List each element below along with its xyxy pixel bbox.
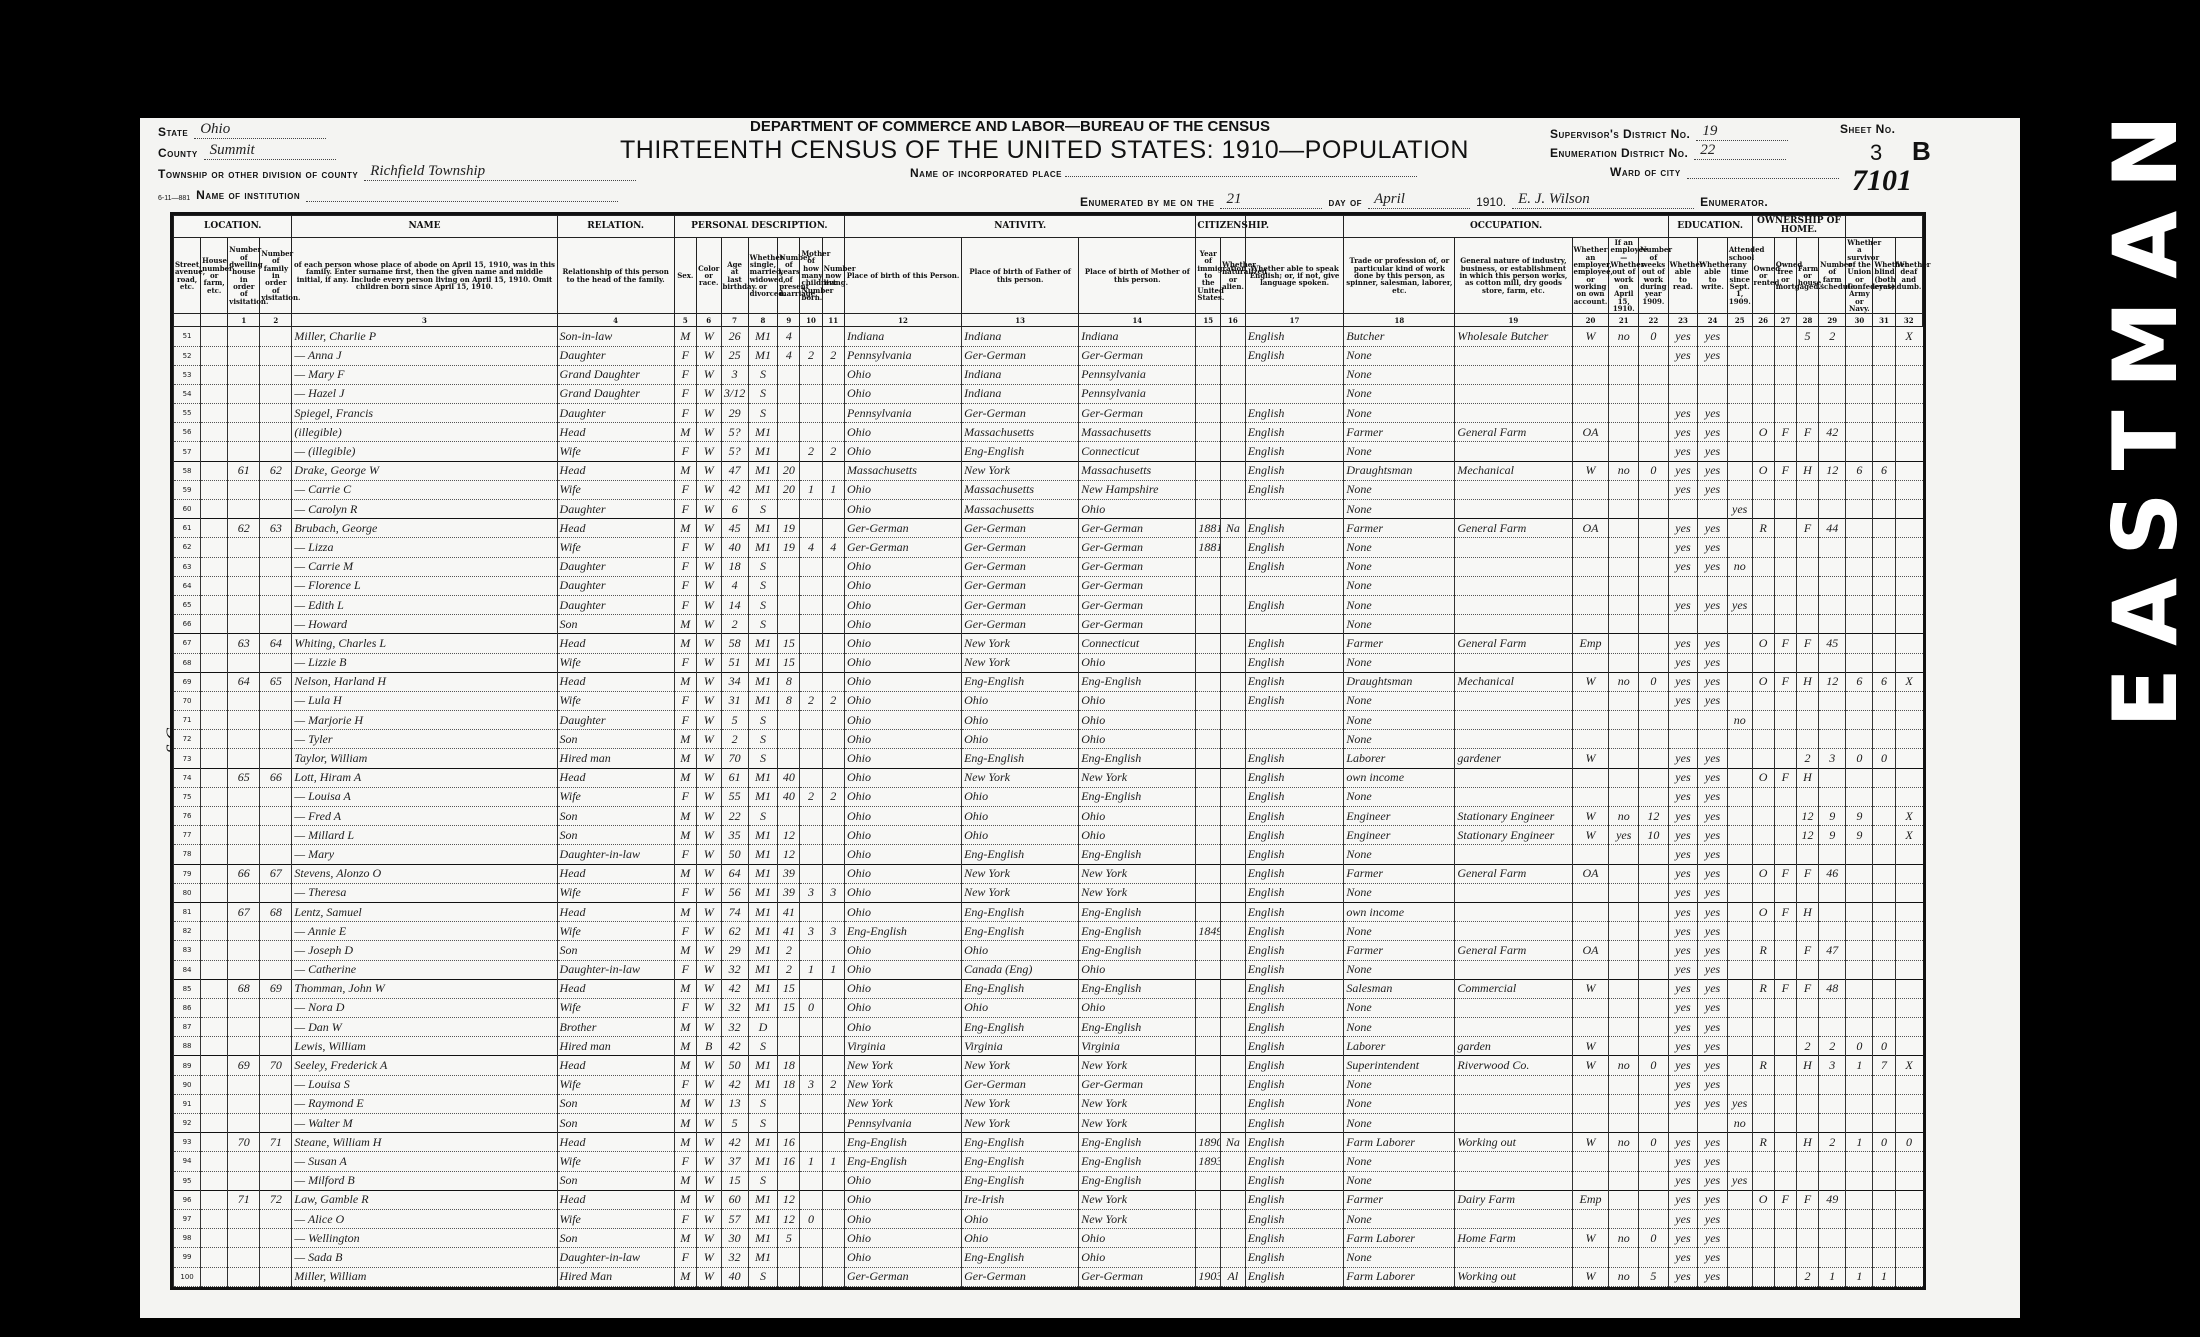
- cell-blind: [1873, 1171, 1895, 1190]
- cell-race: W: [696, 500, 721, 519]
- cell-lang: English: [1245, 519, 1344, 538]
- cell-yrs: 40: [778, 787, 800, 806]
- cell-own: O: [1752, 423, 1774, 442]
- cell-write: yes: [1698, 1075, 1728, 1094]
- cell-deaf: [1895, 1152, 1922, 1171]
- cell-race: W: [696, 864, 721, 883]
- cell-surv: 9: [1846, 826, 1873, 845]
- cell-blind: [1873, 480, 1895, 499]
- cell-emp: W: [1572, 1037, 1609, 1056]
- cell-emp: [1572, 365, 1609, 384]
- cell-race: W: [696, 807, 721, 826]
- cell-deaf: X: [1895, 672, 1922, 691]
- cell-oow: [1609, 768, 1639, 787]
- cell-read: yes: [1668, 691, 1698, 710]
- cell-fh: [1796, 1229, 1818, 1248]
- group-occupation: OCCUPATION.: [1344, 216, 1668, 238]
- cell-age: 31: [721, 691, 748, 710]
- cell-name: Lewis, William: [292, 1037, 557, 1056]
- cell-own: [1752, 1018, 1774, 1037]
- cell-fam: [260, 691, 292, 710]
- cell-sex: F: [674, 845, 696, 864]
- cell-free: [1774, 941, 1796, 960]
- cell-occ: None: [1344, 653, 1455, 672]
- cell-empty: [201, 787, 228, 806]
- cell-mpob: Eng-English: [1079, 787, 1196, 806]
- cell-read: yes: [1668, 826, 1698, 845]
- column-header: Whether blind (both eyes).: [1873, 237, 1895, 313]
- cell-lang: [1245, 500, 1344, 519]
- cell-dw: 71: [228, 1190, 260, 1209]
- cell-dw: [228, 442, 260, 461]
- cell-read: yes: [1668, 960, 1698, 979]
- cell-age: 57: [721, 1209, 748, 1228]
- line-number: 98: [174, 1229, 201, 1248]
- cell-occ: None: [1344, 711, 1455, 730]
- cell-sched: [1819, 442, 1846, 461]
- cell-write: yes: [1698, 1094, 1728, 1113]
- line-number: 96: [174, 1190, 201, 1209]
- cell-race: W: [696, 883, 721, 902]
- cell-blind: [1873, 711, 1895, 730]
- cell-pob: Ohio: [844, 615, 961, 634]
- cell-sex: F: [674, 922, 696, 941]
- cell-free: F: [1774, 672, 1796, 691]
- cell-surv: [1846, 480, 1873, 499]
- cell-pob: Ohio: [844, 480, 961, 499]
- cell-own: [1752, 807, 1774, 826]
- cell-dw: 63: [228, 634, 260, 653]
- cell-fh: [1796, 787, 1818, 806]
- cell-fh: [1796, 557, 1818, 576]
- cell-empty: [201, 1209, 228, 1228]
- cell-race: W: [696, 1190, 721, 1209]
- cell-wks: 5: [1639, 1267, 1669, 1286]
- cell-fam: [260, 576, 292, 595]
- cell-fam: [260, 557, 292, 576]
- cell-imm: [1196, 730, 1221, 749]
- cell-race: W: [696, 845, 721, 864]
- cell-read: yes: [1668, 442, 1698, 461]
- cell-name: — Marjorie H: [292, 711, 557, 730]
- line-number: 94: [174, 1152, 201, 1171]
- line-number: 89: [174, 1056, 201, 1075]
- cell-race: W: [696, 442, 721, 461]
- department-heading: DEPARTMENT OF COMMERCE AND LABOR—BUREAU …: [750, 118, 1270, 135]
- cell-blind: [1873, 327, 1895, 346]
- cell-fam: 68: [260, 902, 292, 921]
- cell-surv: [1846, 576, 1873, 595]
- cell-fh: [1796, 480, 1818, 499]
- cell-lang: [1245, 711, 1344, 730]
- cell-blind: [1873, 902, 1895, 921]
- cell-fpob: Indiana: [962, 327, 1079, 346]
- cell-nat: [1221, 327, 1246, 346]
- cell-pob: Massachusetts: [844, 461, 961, 480]
- cell-blind: 7: [1873, 1056, 1895, 1075]
- cell-age: 55: [721, 787, 748, 806]
- cell-lang: English: [1245, 691, 1344, 710]
- cell-ms: S: [748, 615, 778, 634]
- cell-free: F: [1774, 423, 1796, 442]
- cell-mpob: Ger-German: [1079, 1075, 1196, 1094]
- cell-fam: [260, 1152, 292, 1171]
- cell-empty: [201, 979, 228, 998]
- line-number: 58: [174, 461, 201, 480]
- cell-sex: M: [674, 864, 696, 883]
- cell-lang: [1245, 730, 1344, 749]
- cell-age: 29: [721, 404, 748, 423]
- cell-age: 6: [721, 500, 748, 519]
- cell-read: yes: [1668, 807, 1698, 826]
- cell-sex: F: [674, 500, 696, 519]
- line-number: 60: [174, 500, 201, 519]
- cell-blind: [1873, 346, 1895, 365]
- cell-ind: [1455, 1209, 1572, 1228]
- cell-write: [1698, 615, 1728, 634]
- line-number: 75: [174, 787, 201, 806]
- cell-wks: [1639, 1037, 1669, 1056]
- cell-pob: Ohio: [844, 672, 961, 691]
- cell-age: 50: [721, 845, 748, 864]
- cell-fpob: Indiana: [962, 384, 1079, 403]
- cell-fam: [260, 998, 292, 1017]
- cell-fpob: Ohio: [962, 941, 1079, 960]
- column-header: of each person whose place of abode on A…: [292, 237, 557, 313]
- cell-born: [800, 595, 822, 614]
- cell-write: yes: [1698, 423, 1728, 442]
- cell-wks: [1639, 864, 1669, 883]
- column-header: If an employee — Whether out of work on …: [1609, 237, 1639, 313]
- cell-blind: [1873, 442, 1895, 461]
- table-row: 63— Carrie MDaughterFW18SOhioGer-GermanG…: [174, 557, 1923, 576]
- cell-imm: [1196, 845, 1221, 864]
- cell-occ: None: [1344, 1094, 1455, 1113]
- cell-lang: English: [1245, 1152, 1344, 1171]
- cell-free: [1774, 404, 1796, 423]
- cell-fh: [1796, 1209, 1818, 1228]
- cell-surv: [1846, 1229, 1873, 1248]
- cell-lang: English: [1245, 826, 1344, 845]
- cell-born: 1: [800, 1152, 822, 1171]
- cell-nat: [1221, 615, 1246, 634]
- group-ownership: OWNERSHIP OF HOME.: [1752, 216, 1846, 238]
- cell-sched: 45: [1819, 634, 1846, 653]
- cell-ms: M1: [748, 691, 778, 710]
- column-header: Number of weeks out of work during year …: [1639, 237, 1669, 313]
- cell-rel: Head: [557, 634, 674, 653]
- cell-fh: H: [1796, 768, 1818, 787]
- cell-fpob: Ger-German: [962, 557, 1079, 576]
- cell-born: [800, 634, 822, 653]
- cell-empty: [201, 1133, 228, 1152]
- cell-rel: Son: [557, 1229, 674, 1248]
- cell-born: [800, 1056, 822, 1075]
- column-number: 13: [962, 314, 1079, 327]
- cell-ind: [1455, 768, 1572, 787]
- cell-lang: English: [1245, 845, 1344, 864]
- cell-dw: [228, 576, 260, 595]
- cell-sched: [1819, 902, 1846, 921]
- cell-blind: 1: [1873, 1267, 1895, 1286]
- table-row: 62— LizzaWifeFW40M11944Ger-GermanGer-Ger…: [174, 538, 1923, 557]
- cell-occ: None: [1344, 1152, 1455, 1171]
- cell-free: [1774, 557, 1796, 576]
- cell-nat: [1221, 365, 1246, 384]
- cell-sex: M: [674, 1267, 696, 1286]
- cell-sex: F: [674, 480, 696, 499]
- cell-living: [822, 807, 844, 826]
- cell-fh: F: [1796, 941, 1818, 960]
- cell-emp: [1572, 346, 1609, 365]
- cell-ind: [1455, 1114, 1572, 1133]
- cell-wks: [1639, 902, 1669, 921]
- cell-pob: New York: [844, 1075, 961, 1094]
- cell-ind: [1455, 845, 1572, 864]
- cell-oow: [1609, 346, 1639, 365]
- cell-ind: [1455, 1018, 1572, 1037]
- cell-sex: M: [674, 519, 696, 538]
- cell-sch: [1727, 845, 1752, 864]
- line-number: 100: [174, 1267, 201, 1286]
- cell-name: — Lizza: [292, 538, 557, 557]
- cell-fam: [260, 807, 292, 826]
- cell-sch: [1727, 1056, 1752, 1075]
- cell-yrs: 12: [778, 1209, 800, 1228]
- cell-wks: [1639, 1152, 1669, 1171]
- cell-mpob: New York: [1079, 1094, 1196, 1113]
- cell-ind: [1455, 1075, 1572, 1094]
- cell-mpob: New York: [1079, 1209, 1196, 1228]
- cell-free: [1774, 1267, 1796, 1286]
- cell-surv: [1846, 595, 1873, 614]
- table-row: 967172Law, Gamble RHeadMW60M112OhioIre-I…: [174, 1190, 1923, 1209]
- cell-surv: [1846, 845, 1873, 864]
- cell-sch: [1727, 826, 1752, 845]
- cell-rel: Son: [557, 1171, 674, 1190]
- cell-blind: [1873, 500, 1895, 519]
- cell-pob: Ohio: [844, 1190, 961, 1209]
- cell-empty: [201, 423, 228, 442]
- cell-yrs: 20: [778, 461, 800, 480]
- cell-deaf: X: [1895, 1056, 1922, 1075]
- cell-rel: Son: [557, 807, 674, 826]
- table-row: 66— HowardSonMW2SOhioGer-GermanGer-Germa…: [174, 615, 1923, 634]
- cell-deaf: [1895, 519, 1922, 538]
- cell-occ: None: [1344, 500, 1455, 519]
- cell-free: [1774, 691, 1796, 710]
- cell-blind: [1873, 979, 1895, 998]
- cell-write: yes: [1698, 845, 1728, 864]
- header-districts: Supervisor's District No.19 Enumeration …: [1550, 122, 1839, 179]
- cell-name: Thomman, John W: [292, 979, 557, 998]
- cell-fh: F: [1796, 519, 1818, 538]
- cell-fpob: Ohio: [962, 691, 1079, 710]
- cell-nat: [1221, 576, 1246, 595]
- cell-occ: None: [1344, 845, 1455, 864]
- cell-age: 15: [721, 1171, 748, 1190]
- cell-occ: Farm Laborer: [1344, 1267, 1455, 1286]
- cell-imm: [1196, 826, 1221, 845]
- cell-age: 5?: [721, 442, 748, 461]
- column-header: Whether naturalized or alien.: [1221, 237, 1246, 313]
- column-number: [201, 314, 228, 327]
- cell-lang: English: [1245, 1190, 1344, 1209]
- cell-mpob: Pennsylvania: [1079, 365, 1196, 384]
- cell-read: yes: [1668, 1075, 1698, 1094]
- cell-ind: [1455, 1152, 1572, 1171]
- cell-age: 58: [721, 634, 748, 653]
- cell-sched: [1819, 384, 1846, 403]
- cell-ind: [1455, 365, 1572, 384]
- cell-surv: [1846, 615, 1873, 634]
- cell-empty: [201, 864, 228, 883]
- cell-occ: None: [1344, 691, 1455, 710]
- cell-sched: [1819, 404, 1846, 423]
- cell-free: [1774, 787, 1796, 806]
- cell-emp: [1572, 1075, 1609, 1094]
- cell-free: [1774, 807, 1796, 826]
- cell-blind: [1873, 384, 1895, 403]
- cell-sch: [1727, 807, 1752, 826]
- column-header: Farm or house.: [1796, 237, 1818, 313]
- cell-race: W: [696, 423, 721, 442]
- cell-blind: [1873, 1075, 1895, 1094]
- cell-emp: W: [1572, 1267, 1609, 1286]
- column-header: Relationship of this person to the head …: [557, 237, 674, 313]
- cell-rel: Wife: [557, 480, 674, 499]
- page-stamp: 7101: [1852, 164, 1912, 198]
- cell-blind: [1873, 730, 1895, 749]
- column-number: 22: [1639, 314, 1669, 327]
- cell-own: [1752, 883, 1774, 902]
- cell-oow: [1609, 653, 1639, 672]
- cell-fpob: New York: [962, 864, 1079, 883]
- cell-dw: [228, 500, 260, 519]
- cell-imm: [1196, 423, 1221, 442]
- cell-living: 3: [822, 922, 844, 941]
- cell-fpob: New York: [962, 883, 1079, 902]
- cell-race: W: [696, 768, 721, 787]
- cell-surv: [1846, 653, 1873, 672]
- cell-own: [1752, 442, 1774, 461]
- cell-race: W: [696, 653, 721, 672]
- cell-ms: M1: [748, 423, 778, 442]
- cell-name: — Catherine: [292, 960, 557, 979]
- cell-age: 5: [721, 711, 748, 730]
- cell-dw: [228, 787, 260, 806]
- cell-fh: [1796, 845, 1818, 864]
- line-number: 80: [174, 883, 201, 902]
- cell-read: yes: [1668, 864, 1698, 883]
- line-number: 84: [174, 960, 201, 979]
- cell-write: yes: [1698, 1248, 1728, 1267]
- cell-name: — Sada B: [292, 1248, 557, 1267]
- cell-fam: [260, 1037, 292, 1056]
- cell-dw: [228, 1171, 260, 1190]
- cell-write: [1698, 384, 1728, 403]
- cell-fpob: Indiana: [962, 365, 1079, 384]
- line-number: 74: [174, 768, 201, 787]
- cell-sch: [1727, 442, 1752, 461]
- cell-emp: W: [1572, 1133, 1609, 1152]
- cell-ms: S: [748, 1094, 778, 1113]
- cell-dw: [228, 1267, 260, 1286]
- cell-fh: [1796, 346, 1818, 365]
- cell-sex: M: [674, 902, 696, 921]
- cell-empty: [201, 768, 228, 787]
- cell-living: 2: [822, 442, 844, 461]
- column-number: 26: [1752, 314, 1774, 327]
- cell-empty: [201, 346, 228, 365]
- cell-oow: [1609, 1114, 1639, 1133]
- cell-fh: [1796, 998, 1818, 1017]
- cell-dw: [228, 384, 260, 403]
- cell-oow: [1609, 730, 1639, 749]
- cell-read: yes: [1668, 1037, 1698, 1056]
- cell-wks: 10: [1639, 826, 1669, 845]
- cell-deaf: [1895, 653, 1922, 672]
- cell-fh: F: [1796, 979, 1818, 998]
- cell-surv: [1846, 1114, 1873, 1133]
- cell-sex: F: [674, 404, 696, 423]
- cell-deaf: 0: [1895, 1133, 1922, 1152]
- cell-sch: [1727, 960, 1752, 979]
- cell-free: [1774, 1248, 1796, 1267]
- cell-oow: [1609, 442, 1639, 461]
- cell-pob: Ohio: [844, 979, 961, 998]
- cell-emp: [1572, 922, 1609, 941]
- cell-nat: [1221, 807, 1246, 826]
- cell-born: [800, 1133, 822, 1152]
- line-number: 53: [174, 365, 201, 384]
- cell-ind: Mechanical: [1455, 672, 1572, 691]
- cell-born: [800, 1018, 822, 1037]
- cell-yrs: 15: [778, 979, 800, 998]
- cell-oow: no: [1609, 1229, 1639, 1248]
- cell-dw: [228, 883, 260, 902]
- cell-deaf: [1895, 538, 1922, 557]
- cell-write: yes: [1698, 480, 1728, 499]
- cell-sex: M: [674, 730, 696, 749]
- state-value: Ohio: [194, 121, 326, 139]
- column-header: Color or race.: [696, 237, 721, 313]
- cell-living: 2: [822, 787, 844, 806]
- cell-rel: Head: [557, 979, 674, 998]
- cell-deaf: [1895, 922, 1922, 941]
- cell-yrs: 4: [778, 346, 800, 365]
- cell-sched: 2: [1819, 327, 1846, 346]
- cell-empty: [201, 960, 228, 979]
- cell-occ: Farmer: [1344, 1190, 1455, 1209]
- cell-sched: 42: [1819, 423, 1846, 442]
- cell-surv: [1846, 941, 1873, 960]
- cell-occ: None: [1344, 595, 1455, 614]
- cell-born: [800, 519, 822, 538]
- cell-name: Seeley, Frederick A: [292, 1056, 557, 1075]
- cell-pob: Ohio: [844, 864, 961, 883]
- cell-living: [822, 826, 844, 845]
- cell-occ: Farm Laborer: [1344, 1229, 1455, 1248]
- cell-living: [822, 1114, 844, 1133]
- cell-ms: S: [748, 730, 778, 749]
- line-number: 97: [174, 1209, 201, 1228]
- cell-surv: [1846, 691, 1873, 710]
- cell-fam: [260, 941, 292, 960]
- cell-fh: [1796, 1171, 1818, 1190]
- cell-pob: Pennsylvania: [844, 1114, 961, 1133]
- cell-name: Miller, William: [292, 1267, 557, 1286]
